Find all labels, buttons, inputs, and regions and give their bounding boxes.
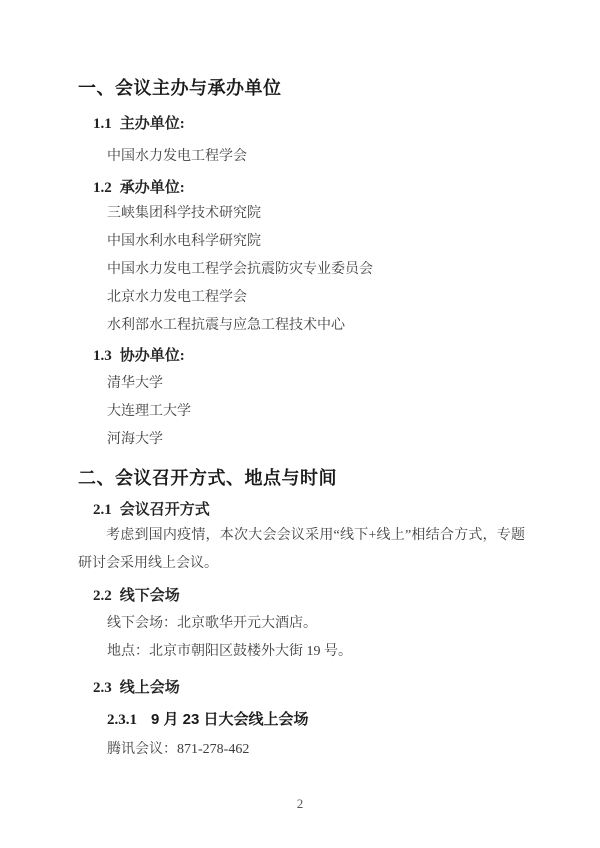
- offline-address-line: 地点：北京市朝阳区鼓楼外大街 19 号。: [107, 638, 523, 666]
- subsection-1-1-number: 1.1: [93, 116, 112, 132]
- subsection-1-2-heading: 1.2承办单位:: [93, 178, 523, 198]
- subsection-2-3-1-heading: 2.3.19 月 23 日大会线上会场: [107, 710, 523, 730]
- subsection-1-3-number: 1.3: [93, 348, 112, 364]
- subsection-2-3-heading: 2.3线上会场: [93, 678, 523, 698]
- subsection-1-1-heading: 1.1主办单位:: [93, 114, 523, 134]
- subsection-2-1-title: 会议召开方式: [120, 502, 210, 518]
- organizer-item: 中国水利水电科学研究院: [107, 228, 523, 256]
- organizer-item: 水利部水工程抗震与应急工程技术中心: [107, 312, 523, 340]
- subsection-1-2-title: 承办单位:: [120, 180, 185, 196]
- subsection-2-3-1-number: 2.3.1: [107, 712, 137, 728]
- meeting-method-paragraph: 考虑到国内疫情，本次大会会议采用“线下+线上”相结合方式，专题研讨会采用线上会议…: [78, 522, 525, 578]
- organizer-item: 北京水力发电工程学会: [107, 284, 523, 312]
- organizer-item: 三峡集团科学技术研究院: [107, 200, 523, 228]
- document-page: 一、会议主办与承办单位 1.1主办单位: 中国水力发电工程学会 1.2承办单位:…: [0, 0, 600, 848]
- subsection-2-1-number: 2.1: [93, 502, 112, 518]
- offline-venue-line: 线下会场：北京歌华开元大酒店。: [107, 610, 523, 638]
- subsection-2-2-title: 线下会场: [120, 588, 180, 604]
- section-1-heading: 一、会议主办与承办单位: [78, 76, 523, 100]
- host-unit-item: 中国水力发电工程学会: [107, 143, 523, 171]
- subsection-1-3-title: 协办单位:: [120, 348, 185, 364]
- subsection-2-3-number: 2.3: [93, 680, 112, 696]
- subsection-1-3-heading: 1.3协办单位:: [93, 346, 523, 366]
- subsection-1-1-title: 主办单位:: [120, 116, 185, 132]
- subsection-2-2-number: 2.2: [93, 588, 112, 604]
- online-meeting-line: 腾讯会议：871-278-462: [107, 736, 523, 764]
- subsection-1-2-number: 1.2: [93, 180, 112, 196]
- coorganizer-item: 清华大学: [107, 370, 523, 398]
- subsection-2-2-heading: 2.2线下会场: [93, 586, 523, 606]
- subsection-2-3-1-title: 9 月 23 日大会线上会场: [151, 711, 309, 728]
- subsection-2-3-title: 线上会场: [120, 680, 180, 696]
- coorganizer-item: 大连理工大学: [107, 398, 523, 426]
- coorganizer-item: 河海大学: [107, 426, 523, 454]
- subsection-2-1-heading: 2.1会议召开方式: [93, 500, 523, 520]
- page-number: 2: [0, 796, 600, 812]
- section-2-heading: 二、会议召开方式、地点与时间: [78, 466, 523, 490]
- organizer-item: 中国水力发电工程学会抗震防灾专业委员会: [107, 256, 523, 284]
